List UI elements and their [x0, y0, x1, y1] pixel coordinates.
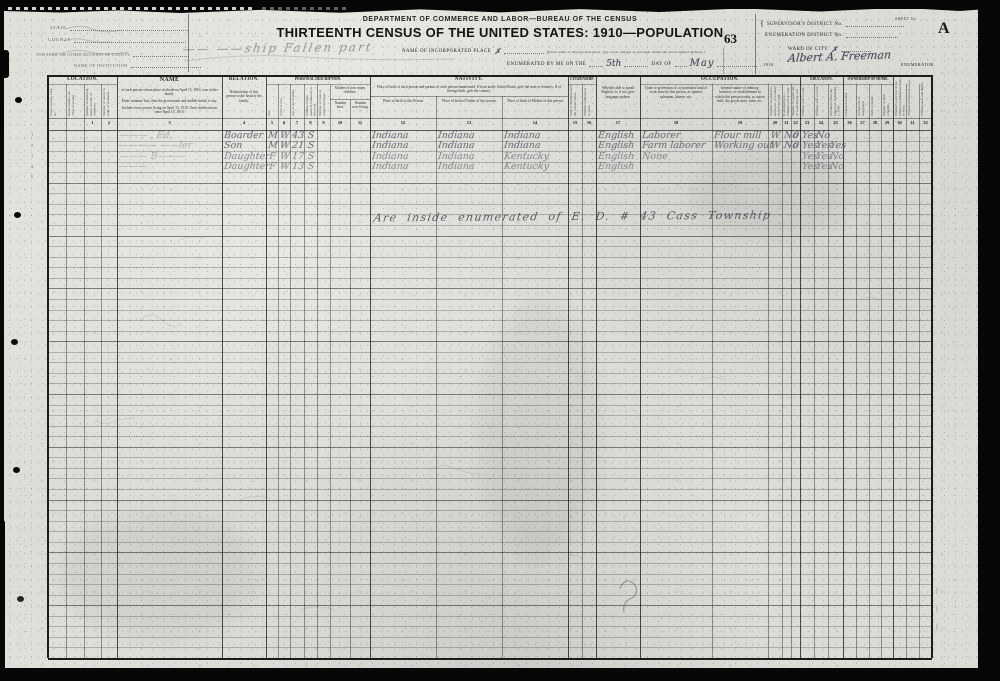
- incorporated-place-line: [504, 47, 544, 54]
- sheet-letter: A: [938, 20, 950, 38]
- enumerated-line: ENUMERATED BY ME ON THE 5th DAY OF May ,…: [507, 56, 775, 67]
- sheet-number-stamp: 63: [724, 31, 737, 47]
- column-header-name-sub2: Enter surname first, then the given name…: [121, 99, 218, 106]
- supervisors-district-label: SUPERVISOR'S DISTRICT No.: [767, 22, 843, 27]
- entry-write: Yes: [815, 162, 827, 172]
- entry-ind: Working out: [713, 141, 767, 151]
- column-header-personal-color: Color or race.: [280, 85, 289, 116]
- entry-read: Yes: [801, 162, 813, 172]
- entry-out: No: [783, 131, 790, 141]
- entry-father: Indiana: [437, 131, 501, 141]
- column-number: 25: [828, 120, 843, 129]
- incorporated-place-field: NAME OF INCORPORATED PLACE ✗ (Insert nam…: [402, 45, 705, 54]
- column-header-name-sub3: Include every person living on April 15,…: [121, 106, 218, 117]
- margin-row-number: 2: [31, 143, 33, 148]
- entry-eng: English: [597, 131, 639, 141]
- column-header-nativity-mother: Place of birth of Mother of this person.: [505, 99, 566, 115]
- column-number: 12: [370, 120, 436, 129]
- table-rule-vertical: [330, 84, 331, 658]
- leader-dots: [717, 60, 757, 67]
- entry-sex: F: [267, 162, 277, 172]
- table-rule-horizontal: [48, 415, 932, 416]
- table-rule-horizontal: [48, 267, 932, 268]
- column-number: 32: [919, 120, 932, 129]
- table-rule-horizontal: [48, 183, 932, 184]
- column-header-location-street: Street, avenue, road, etc.: [50, 85, 64, 116]
- column-header-personal-years: Number of years of present marriage.: [319, 85, 329, 116]
- table-rule-horizontal: [48, 468, 932, 469]
- table-rule-horizontal: [48, 563, 932, 564]
- header-handwriting: —— ——ship Fallen part: [182, 40, 374, 56]
- column-header-education-school: Attended school any time since September…: [830, 85, 842, 116]
- table-rule-vertical: [856, 84, 857, 658]
- scan-edge-blob: [0, 520, 5, 670]
- brace-glyph: {: [760, 21, 764, 27]
- column-header-personal-mother: Mother of how many children.: [331, 86, 369, 99]
- column-header-language-label: Whether able to speak English; or, if no…: [598, 86, 638, 115]
- entry-father: Indiana: [437, 162, 501, 172]
- table-rule-horizontal: [48, 637, 932, 638]
- column-number: 23: [800, 120, 814, 129]
- column-header-relation-title: RELATION.: [222, 77, 266, 85]
- margin-row-number: 4: [31, 164, 33, 169]
- table-rule-horizontal: [48, 320, 932, 321]
- column-number: 9: [317, 120, 330, 129]
- entry-school: Yes: [829, 141, 842, 151]
- table-rule-horizontal: [48, 204, 932, 205]
- enumerated-month-handwriting: May: [690, 58, 715, 69]
- entry-eng: English: [597, 162, 639, 172]
- margin-row-number: 3: [31, 153, 33, 158]
- supervisors-district-field: { SUPERVISOR'S DISTRICT No.: [760, 20, 904, 27]
- column-number: 28: [869, 120, 881, 129]
- table-rule-horizontal: [48, 616, 932, 617]
- column-header-citizenship-imm: Year of immigration to the United States…: [570, 85, 581, 116]
- table-rule-horizontal: [48, 658, 932, 660]
- column-number: 26: [843, 120, 856, 129]
- column-number: 31: [906, 120, 919, 129]
- column-header-ownership-schedule: Number of farm schedule.: [883, 85, 892, 116]
- column-number: 7: [290, 120, 304, 129]
- day-of-label: DAY OF: [651, 62, 671, 67]
- table-rule-horizontal: [48, 500, 932, 501]
- column-header-ownership-farm: Farm or house.: [871, 85, 880, 116]
- hole-punch: [17, 596, 24, 602]
- entry-name: ——— , Ed.: [118, 131, 221, 141]
- cropped-edge-text: [262, 7, 350, 10]
- table-rule-vertical: [101, 84, 102, 658]
- column-number: 20: [768, 120, 782, 129]
- entry-eng: English: [597, 141, 639, 151]
- incorporated-place-mark: ✗: [494, 47, 501, 56]
- entry-sex: M: [267, 141, 277, 151]
- column-header-nativity-sub: Place of birth of each person and parent…: [375, 85, 563, 96]
- entry-mar: S: [305, 131, 316, 141]
- sheet-label: SHEET No.: [895, 16, 918, 21]
- incorporated-place-label: NAME OF INCORPORATED PLACE: [402, 49, 491, 54]
- column-header-location-house: House number (in cities or towns).: [68, 85, 82, 116]
- column-number: 11: [350, 120, 370, 129]
- entry-rel: Daughter: [223, 162, 265, 172]
- table-rule-vertical: [712, 84, 713, 658]
- entry-read: Yes: [801, 141, 813, 151]
- entry-color: W: [279, 131, 289, 141]
- table-rule-vertical: [791, 84, 792, 658]
- entry-age: 43: [291, 131, 303, 141]
- column-number: 1: [84, 120, 101, 129]
- table-rule-horizontal: [48, 405, 932, 406]
- table-rule-horizontal: [48, 510, 932, 511]
- township-field: TOWNSHIP OR OTHER DIVISION OF COUNTY: [36, 50, 189, 57]
- incorporated-place-note: (Insert name of incorporated place, city…: [547, 50, 705, 54]
- handwritten-note: Are inside enumerated of E. D. # 43 Cass…: [373, 209, 772, 225]
- table-rule-horizontal: [370, 96, 568, 97]
- column-header-citizenship-nat: Whether naturalized or alien.: [584, 85, 595, 116]
- table-rule-horizontal: [48, 542, 932, 543]
- column-header-education-write: Whether able to write.: [816, 85, 827, 116]
- column-header-occupation-industry: General nature of industry, business, or…: [715, 86, 765, 116]
- table-rule-horizontal: [48, 341, 932, 342]
- column-number: 22: [791, 120, 800, 129]
- table-rule-horizontal: [48, 246, 932, 247]
- entry-emp: W: [769, 131, 781, 141]
- institution-label: NAME OF INSTITUTION: [74, 63, 128, 68]
- table-rule-horizontal: [48, 236, 932, 237]
- column-number: 24: [814, 120, 828, 129]
- census-title: THIRTEENTH CENSUS OF THE UNITED STATES: …: [230, 25, 770, 40]
- entry-mother: Indiana: [503, 141, 567, 151]
- table-rule-horizontal: [48, 531, 932, 532]
- entry-age: 13: [291, 162, 303, 172]
- table-rule-horizontal: [48, 278, 932, 279]
- column-header-ownership-title: OWNERSHIP OF HOME.: [843, 77, 893, 85]
- township-label: TOWNSHIP OR OTHER DIVISION OF COUNTY: [36, 53, 130, 57]
- table-rule-horizontal: [48, 436, 932, 437]
- county-label: COUNTY: [48, 38, 71, 43]
- enumerated-day-handwriting: 5th: [606, 59, 621, 69]
- scan-edge-blob: [0, 12, 4, 132]
- column-header-personal-born: Number born.: [332, 101, 349, 116]
- entry-weeks: 0: [792, 141, 799, 151]
- state-field: STATE: [50, 24, 188, 31]
- entry-read: Yes: [801, 131, 813, 141]
- margin-row-number: 5: [31, 174, 33, 179]
- enumeration-district-field: ENUMERATION DISTRICT No.: [765, 31, 898, 38]
- column-header-occupation-weeks: Number of weeks out of work during year …: [792, 85, 799, 116]
- column-number: 27: [856, 120, 869, 129]
- table-rule-vertical: [906, 84, 907, 658]
- table-rule-horizontal: [48, 383, 932, 384]
- table-rule-horizontal: [330, 99, 370, 100]
- column-header-location-dwelling: Number of dwelling house in order of vis…: [86, 85, 99, 116]
- table-rule-horizontal: [48, 478, 932, 479]
- table-rule-horizontal: [48, 489, 932, 490]
- table-rule-vertical: [881, 84, 882, 658]
- table-rule-horizontal: [48, 193, 932, 194]
- column-number: 21: [782, 120, 791, 129]
- column-header-personal-title: PERSONAL DESCRIPTION.: [266, 77, 370, 85]
- hole-punch: [11, 339, 18, 345]
- institution-line: [131, 61, 201, 68]
- column-header-veteran-label: Whether a survivor of the Union or Confe…: [895, 77, 905, 116]
- entry-birth: Indiana: [371, 162, 435, 172]
- table-rule-vertical: [782, 84, 783, 658]
- leader-dots: [846, 31, 898, 38]
- entry-out: No: [783, 141, 790, 151]
- table-rule-horizontal: [48, 574, 932, 575]
- entry-color: W: [279, 162, 289, 172]
- table-rule-horizontal: [48, 626, 932, 627]
- entry-write: No: [815, 131, 827, 141]
- department-line: DEPARTMENT OF COMMERCE AND LABOR—BUREAU …: [250, 16, 750, 23]
- table-rule-vertical: [869, 84, 870, 658]
- table-rule-horizontal: [48, 331, 932, 332]
- column-number: 8: [304, 120, 317, 129]
- entry-ind: Flour mill: [713, 131, 767, 141]
- column-number: 13: [436, 120, 502, 129]
- column-header-occupation-employer: Whether an employer, employee, or workin…: [770, 85, 781, 116]
- entry-name: ———— ——ler: [118, 141, 221, 151]
- column-number: 14: [502, 120, 568, 129]
- column-number: 4: [222, 120, 266, 129]
- entry-birth: Indiana: [371, 141, 435, 151]
- scanned-census-page: DEPARTMENT OF COMMERCE AND LABOR—BUREAU …: [0, 0, 1000, 681]
- leader-dots: [675, 60, 687, 67]
- hole-punch: [13, 467, 20, 473]
- table-rule-horizontal: [48, 394, 932, 395]
- table-rule-horizontal: [48, 447, 932, 448]
- county-field: COUNTY: [48, 36, 186, 43]
- table-rule-horizontal: [48, 647, 932, 648]
- column-header-education-read: Whether able to read.: [802, 85, 813, 116]
- institution-field: NAME OF INSTITUTION: [74, 61, 201, 68]
- table-rule-vertical: [919, 84, 920, 658]
- column-number: 2: [101, 120, 117, 129]
- entry-rel: Boarder: [223, 131, 265, 141]
- column-number: 17: [596, 120, 640, 129]
- table-rule-horizontal: [48, 257, 932, 258]
- entry-trade: None: [641, 152, 711, 162]
- entry-birth: Indiana: [371, 131, 435, 141]
- column-number: 15: [568, 120, 582, 129]
- column-header-deaf-label: Whether deaf and dumb.: [921, 77, 931, 116]
- column-header-nativity-father: Place of birth of Father of this person.: [439, 99, 500, 115]
- cropped-edge-text: [8, 7, 253, 10]
- column-header-location-family: Number of family in order of visitation.: [103, 85, 115, 116]
- entry-father: Indiana: [437, 141, 501, 151]
- column-header-ownership-owned: Owned or rented.: [845, 85, 855, 116]
- table-rule-horizontal: [48, 605, 932, 606]
- table-rule-horizontal: [48, 310, 932, 311]
- year-label: , 1910.: [760, 62, 774, 67]
- column-number: 16: [582, 120, 596, 129]
- column-number: 6: [278, 120, 290, 129]
- leader-dots: [846, 20, 904, 27]
- entry-name: ———: [118, 162, 221, 172]
- entry-trade: Farm laborer: [641, 141, 711, 151]
- entry-mother: Indiana: [503, 131, 567, 141]
- table-rule-horizontal: [48, 584, 932, 585]
- table-rule-horizontal: [48, 118, 932, 119]
- column-header-relation-sub: Relationship of this person to the head …: [225, 90, 263, 114]
- table-rule-horizontal: [48, 299, 932, 300]
- column-number: 3: [117, 120, 222, 129]
- state-label: STATE: [50, 26, 67, 31]
- column-header-location-title: LOCATION.: [48, 77, 117, 85]
- table-rule-horizontal: [48, 595, 932, 596]
- entry-weeks: 0: [792, 131, 799, 141]
- table-rule-vertical: [66, 84, 67, 658]
- column-header-personal-living: Number now living.: [352, 101, 369, 116]
- table-rule-horizontal: [48, 352, 932, 353]
- table-rule-vertical: [317, 84, 318, 658]
- enumerator-label: ENUMERATOR.: [901, 62, 935, 67]
- column-header-personal-sex: Sex.: [268, 85, 277, 116]
- entry-rel: Son: [223, 141, 265, 151]
- entry-sex: M: [267, 131, 277, 141]
- table-rule-horizontal: [48, 288, 932, 289]
- table-rule-vertical: [84, 84, 85, 658]
- enumeration-district-label: ENUMERATION DISTRICT No.: [765, 33, 843, 38]
- column-header-blind-label: Whether blind (both eyes).: [908, 77, 918, 116]
- column-header-education-title: EDUCATION.: [800, 77, 843, 85]
- table-rule-horizontal: [48, 457, 932, 458]
- column-number: 18: [640, 120, 712, 129]
- table-rule-horizontal: [48, 521, 932, 522]
- entry-mother: Kentucky: [503, 162, 567, 172]
- state-line: [70, 24, 188, 31]
- entry-mar: S: [305, 162, 316, 172]
- column-number: 30: [893, 120, 906, 129]
- column-header-occupation-title: OCCUPATION.: [640, 77, 800, 85]
- table-rule-vertical: [582, 84, 583, 658]
- column-header-occupation-out: If an employee— Whether out of work on A…: [783, 85, 790, 116]
- column-header-nativity-person: Place of birth of this Person.: [373, 99, 434, 115]
- hole-punch: [14, 212, 21, 218]
- column-header-personal-marital: Whether single, married, widowed, or div…: [306, 85, 316, 116]
- table-rule-horizontal: [48, 426, 932, 427]
- county-line: [74, 36, 186, 43]
- hole-punch: [15, 97, 22, 103]
- margin-row-number: 1: [31, 132, 33, 137]
- column-number: 10: [330, 120, 350, 129]
- table-rule-horizontal: [48, 225, 932, 226]
- table-rule-horizontal: [48, 362, 932, 363]
- entry-trade: Laborer: [641, 131, 711, 141]
- column-header-ownership-mortgaged: Owned free or mortgaged.: [858, 85, 868, 116]
- entry-color: W: [279, 141, 289, 151]
- entry-age: 21: [291, 141, 303, 151]
- leader-dots: [589, 60, 603, 67]
- entry-emp: W: [769, 141, 781, 151]
- column-header-occupation-trade: Trade or profession of, or particular ki…: [643, 86, 709, 116]
- entry-school: No: [829, 162, 842, 172]
- column-header-name-title: NAME: [117, 77, 222, 86]
- leader-dots: [624, 60, 648, 67]
- column-number: 19: [712, 120, 768, 129]
- table-rule-horizontal: [48, 172, 932, 173]
- table-rule-horizontal: [48, 373, 932, 374]
- column-header-name-sub1: of each person whose place of abode on A…: [121, 88, 218, 99]
- entry-write: Yes: [815, 141, 827, 151]
- enumerated-prefix: ENUMERATED BY ME ON THE: [507, 62, 586, 67]
- census-table: LOCATION.Street, avenue, road, etc.House…: [0, 0, 1000, 681]
- column-number: 5: [266, 120, 278, 129]
- table-rule-vertical: [768, 84, 769, 658]
- entry-mar: S: [305, 141, 316, 151]
- column-header-personal-age: Age at last birthday.: [292, 85, 303, 116]
- column-number: 29: [881, 120, 893, 129]
- table-rule-horizontal: [48, 552, 932, 553]
